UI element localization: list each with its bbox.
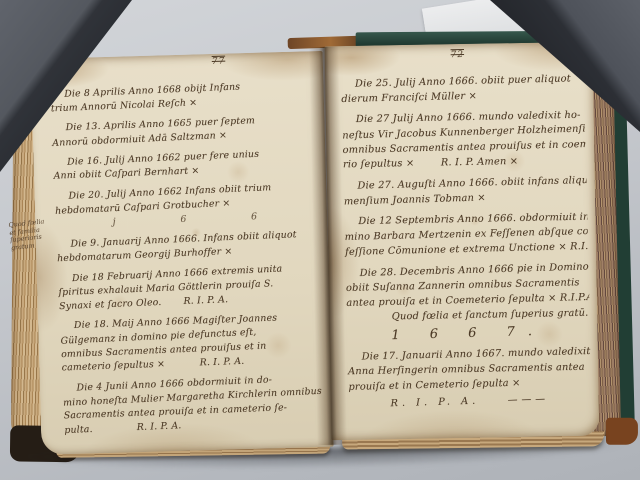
- photo-scene: 77 Die 8 Aprilis Anno 1668 obijt Infanst…: [0, 0, 640, 480]
- manuscript-line: 1 6 6 7.: [346, 322, 590, 344]
- left-page: 77 Die 8 Aprilis Anno 1668 obijt Infanst…: [31, 51, 334, 455]
- right-page-number: 72: [451, 50, 465, 60]
- open-register-book: 77 Die 8 Aprilis Anno 1668 obijt Infanst…: [4, 28, 637, 465]
- right-page: 72 Die 25. Julij Anno 1666. obiit puer a…: [325, 42, 600, 441]
- left-page-number: 77: [212, 57, 226, 67]
- right-page-lines: Die 25. Julij Anno 1666. obiit puer aliq…: [340, 65, 593, 435]
- left-page-lines: Die 8 Aprilis Anno 1668 obijt Infanstriu…: [49, 71, 328, 450]
- margin-note: Quod fœliaet familiaſuperiorisgratum: [8, 218, 47, 252]
